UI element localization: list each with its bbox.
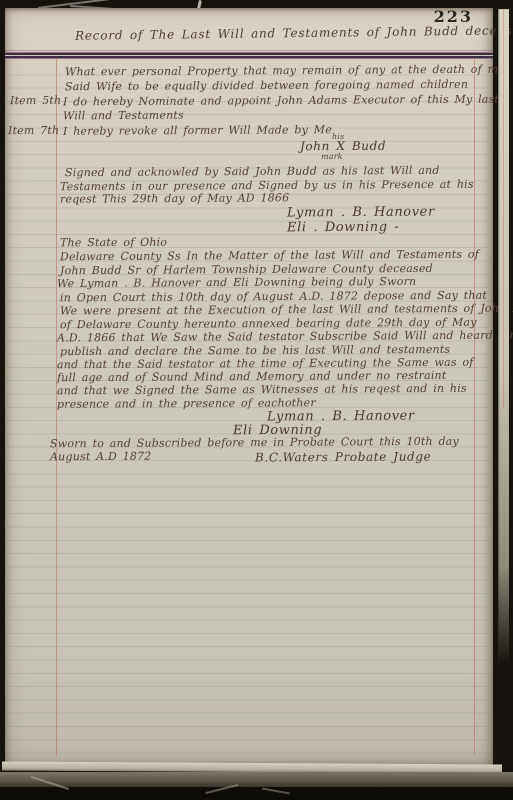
handwritten-line: Signed and acknowled by Said John Budd a…: [65, 164, 440, 179]
book-cover-edge: [0, 772, 513, 788]
handwritten-line: mark: [321, 152, 343, 161]
handwritten-line: I hereby revoke all former Will Made by …: [63, 123, 332, 138]
handwritten-line: reqest This 29th day of May AD 1866: [60, 191, 289, 205]
handwritten-line: Lyman . B. Hanover: [287, 205, 435, 221]
handwritten-line: John X Budd: [300, 139, 386, 154]
handwritten-line: B.C.Waters Probate Judge: [255, 449, 431, 464]
handwritten-line: The State of Ohio: [60, 236, 167, 250]
handwritten-line: Sworn to and Subscribed before me in Pro…: [50, 435, 459, 450]
handwriting-lines: What ever personal Property that may rem…: [5, 8, 493, 765]
handwritten-line: We Lyman . B. Hanover and Eli Downing be…: [57, 275, 416, 290]
handwritten-line: Item 5th: [10, 94, 61, 107]
handwritten-line: Said Wife to be equally divided between …: [65, 78, 468, 93]
handwritten-line: What ever personal Property that may rem…: [65, 63, 505, 79]
handwritten-line: Item 7th: [8, 124, 59, 137]
next-page-margin-line: [503, 9, 504, 409]
handwritten-line: I do hereby Nominate and appoint John Ad…: [63, 93, 499, 109]
background-shadow: [0, 787, 513, 800]
handwritten-line: Eli . Downing -: [287, 220, 399, 236]
photo-background: 223 Record of The Last Will and Testamen…: [0, 0, 513, 800]
ledger-page: 223 Record of The Last Will and Testamen…: [5, 8, 493, 765]
handwritten-line: Will and Testaments: [63, 109, 184, 123]
handwritten-line: and that we Signed the Same as Witnesses…: [57, 382, 467, 398]
handwritten-line: August A.D 1872: [50, 450, 152, 464]
handwritten-line: Delaware County Ss In the Matter of the …: [60, 248, 479, 264]
